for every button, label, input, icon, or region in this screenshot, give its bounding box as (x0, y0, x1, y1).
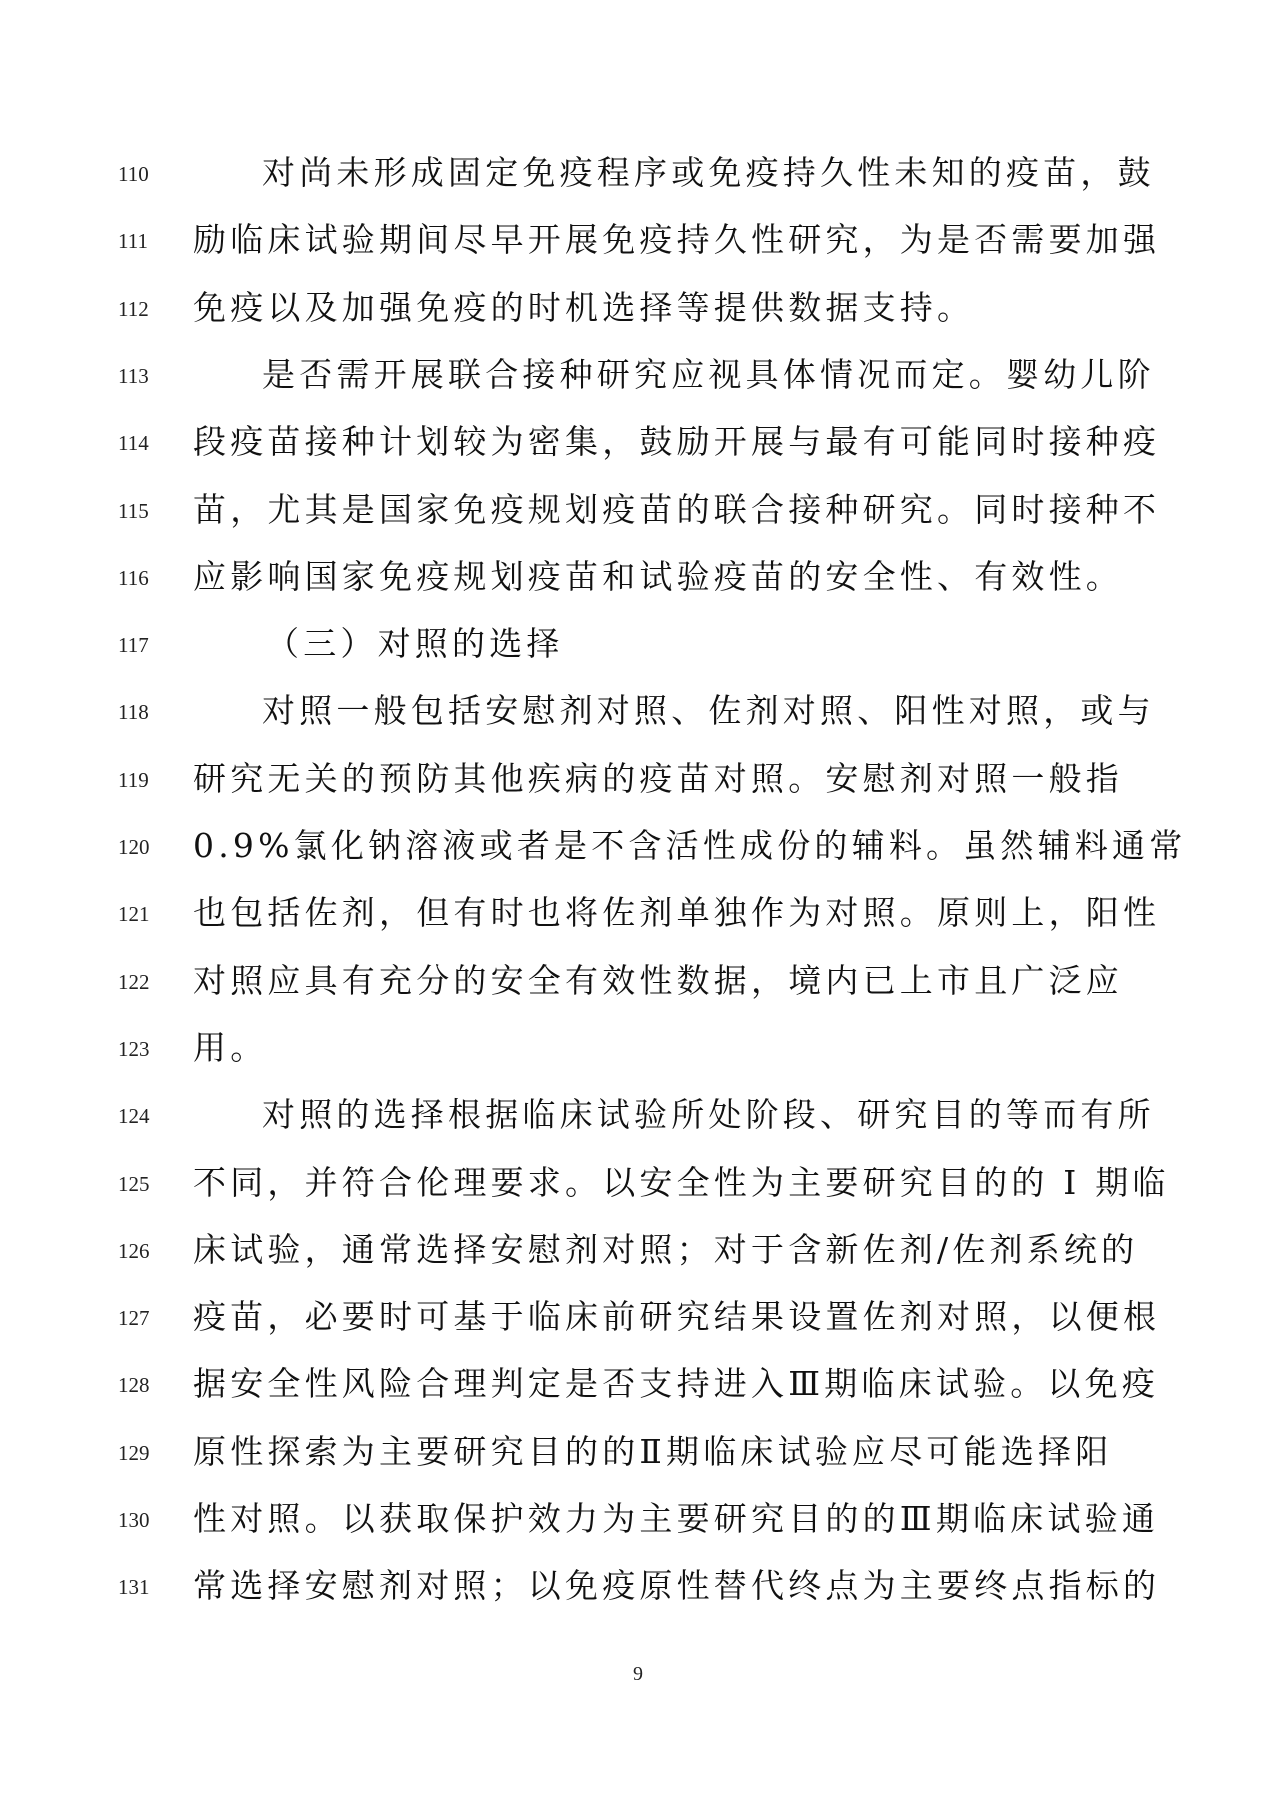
line-text: 是否需开展联合接种研究应视具体情况而定。婴幼儿阶 (262, 350, 1078, 400)
line-text: 励临床试验期间尽早开展免疫持久性研究，为是否需要加强 (193, 215, 1078, 265)
line-text: 常选择安慰剂对照；以免疫原性替代终点为主要终点指标的 (193, 1561, 1078, 1611)
document-line: 111励临床试验期间尽早开展免疫持久性研究，为是否需要加强 (0, 215, 1280, 275)
line-text: 原性探索为主要研究目的的Ⅱ期临床试验应尽可能选择阳 (193, 1427, 1078, 1477)
line-number: 120 (118, 835, 150, 860)
document-line: 123用。 (0, 1023, 1280, 1083)
line-text: 对照应具有充分的安全有效性数据，境内已上市且广泛应 (193, 956, 1078, 1006)
line-number: 129 (118, 1441, 150, 1466)
line-number: 124 (118, 1104, 150, 1129)
line-number: 130 (118, 1508, 150, 1533)
line-number: 128 (118, 1373, 150, 1398)
line-number: 123 (118, 1037, 150, 1062)
document-line: 112免疫以及加强免疫的时机选择等提供数据支持。 (0, 283, 1280, 343)
line-number: 126 (118, 1239, 150, 1264)
document-line: 119研究无关的预防其他疾病的疫苗对照。安慰剂对照一般指 (0, 754, 1280, 814)
line-number: 127 (118, 1306, 150, 1331)
line-number: 114 (118, 431, 149, 456)
line-number: 118 (118, 700, 149, 725)
document-line: 125不同，并符合伦理要求。以安全性为主要研究目的的 I 期临 (0, 1158, 1280, 1218)
line-text: 对照一般包括安慰剂对照、佐剂对照、阳性对照，或与 (262, 686, 1078, 736)
line-text: 性对照。以获取保护效力为主要研究目的的Ⅲ期临床试验通 (193, 1494, 1078, 1544)
line-number: 112 (118, 297, 149, 322)
document-line: 116应影响国家免疫规划疫苗和试验疫苗的安全性、有效性。 (0, 552, 1280, 612)
line-text: 0.9%氯化钠溶液或者是不含活性成份的辅料。虽然辅料通常 (193, 821, 1078, 871)
line-number: 119 (118, 768, 149, 793)
document-line: 118对照一般包括安慰剂对照、佐剂对照、阳性对照，或与 (0, 686, 1280, 746)
document-line: 131常选择安慰剂对照；以免疫原性替代终点为主要终点指标的 (0, 1561, 1280, 1621)
line-number: 110 (118, 162, 149, 187)
document-line: 1200.9%氯化钠溶液或者是不含活性成份的辅料。虽然辅料通常 (0, 821, 1280, 881)
document-line: 129原性探索为主要研究目的的Ⅱ期临床试验应尽可能选择阳 (0, 1427, 1280, 1487)
document-line: 113是否需开展联合接种研究应视具体情况而定。婴幼儿阶 (0, 350, 1280, 410)
line-text: 也包括佐剂，但有时也将佐剂单独作为对照。原则上，阳性 (193, 888, 1078, 938)
line-number: 125 (118, 1172, 150, 1197)
document-line: 124对照的选择根据临床试验所处阶段、研究目的等而有所 (0, 1090, 1280, 1150)
line-text: 床试验，通常选择安慰剂对照；对于含新佐剂/佐剂系统的 (193, 1225, 1078, 1275)
line-text: 应影响国家免疫规划疫苗和试验疫苗的安全性、有效性。 (193, 552, 1078, 602)
line-text: 免疫以及加强免疫的时机选择等提供数据支持。 (193, 283, 1078, 333)
document-line: 110对尚未形成固定免疫程序或免疫持久性未知的疫苗，鼓 (0, 148, 1280, 208)
document-page: 110对尚未形成固定免疫程序或免疫持久性未知的疫苗，鼓111励临床试验期间尽早开… (0, 0, 1280, 1810)
document-line: 127疫苗，必要时可基于临床前研究结果设置佐剂对照，以便根 (0, 1292, 1280, 1352)
document-line: 117（三）对照的选择 (0, 619, 1280, 679)
line-number: 121 (118, 902, 150, 927)
page-number: 9 (633, 1663, 643, 1686)
document-line: 126床试验，通常选择安慰剂对照；对于含新佐剂/佐剂系统的 (0, 1225, 1280, 1285)
line-number: 116 (118, 566, 149, 591)
line-text: 研究无关的预防其他疾病的疫苗对照。安慰剂对照一般指 (193, 754, 1078, 804)
document-line: 122对照应具有充分的安全有效性数据，境内已上市且广泛应 (0, 956, 1280, 1016)
line-text: 疫苗，必要时可基于临床前研究结果设置佐剂对照，以便根 (193, 1292, 1078, 1342)
line-number: 111 (118, 229, 148, 254)
line-text: 用。 (193, 1023, 1078, 1073)
line-text: 对尚未形成固定免疫程序或免疫持久性未知的疫苗，鼓 (262, 148, 1078, 198)
line-number: 113 (118, 364, 149, 389)
line-text: 据安全性风险合理判定是否支持进入Ⅲ期临床试验。以免疫 (193, 1359, 1078, 1409)
line-number: 122 (118, 970, 150, 995)
section-heading: （三）对照的选择 (266, 619, 1082, 669)
document-line: 114段疫苗接种计划较为密集，鼓励开展与最有可能同时接种疫 (0, 417, 1280, 477)
line-text: 苗，尤其是国家免疫规划疫苗的联合接种研究。同时接种不 (193, 485, 1078, 535)
line-number: 131 (118, 1575, 150, 1600)
line-text: 不同，并符合伦理要求。以安全性为主要研究目的的 I 期临 (193, 1158, 1078, 1208)
document-line: 115苗，尤其是国家免疫规划疫苗的联合接种研究。同时接种不 (0, 485, 1280, 545)
line-text: 对照的选择根据临床试验所处阶段、研究目的等而有所 (262, 1090, 1078, 1140)
document-line: 128据安全性风险合理判定是否支持进入Ⅲ期临床试验。以免疫 (0, 1359, 1280, 1419)
line-number: 115 (118, 499, 149, 524)
line-text: 段疫苗接种计划较为密集，鼓励开展与最有可能同时接种疫 (193, 417, 1078, 467)
document-line: 130性对照。以获取保护效力为主要研究目的的Ⅲ期临床试验通 (0, 1494, 1280, 1554)
document-line: 121也包括佐剂，但有时也将佐剂单独作为对照。原则上，阳性 (0, 888, 1280, 948)
line-number: 117 (118, 633, 149, 658)
